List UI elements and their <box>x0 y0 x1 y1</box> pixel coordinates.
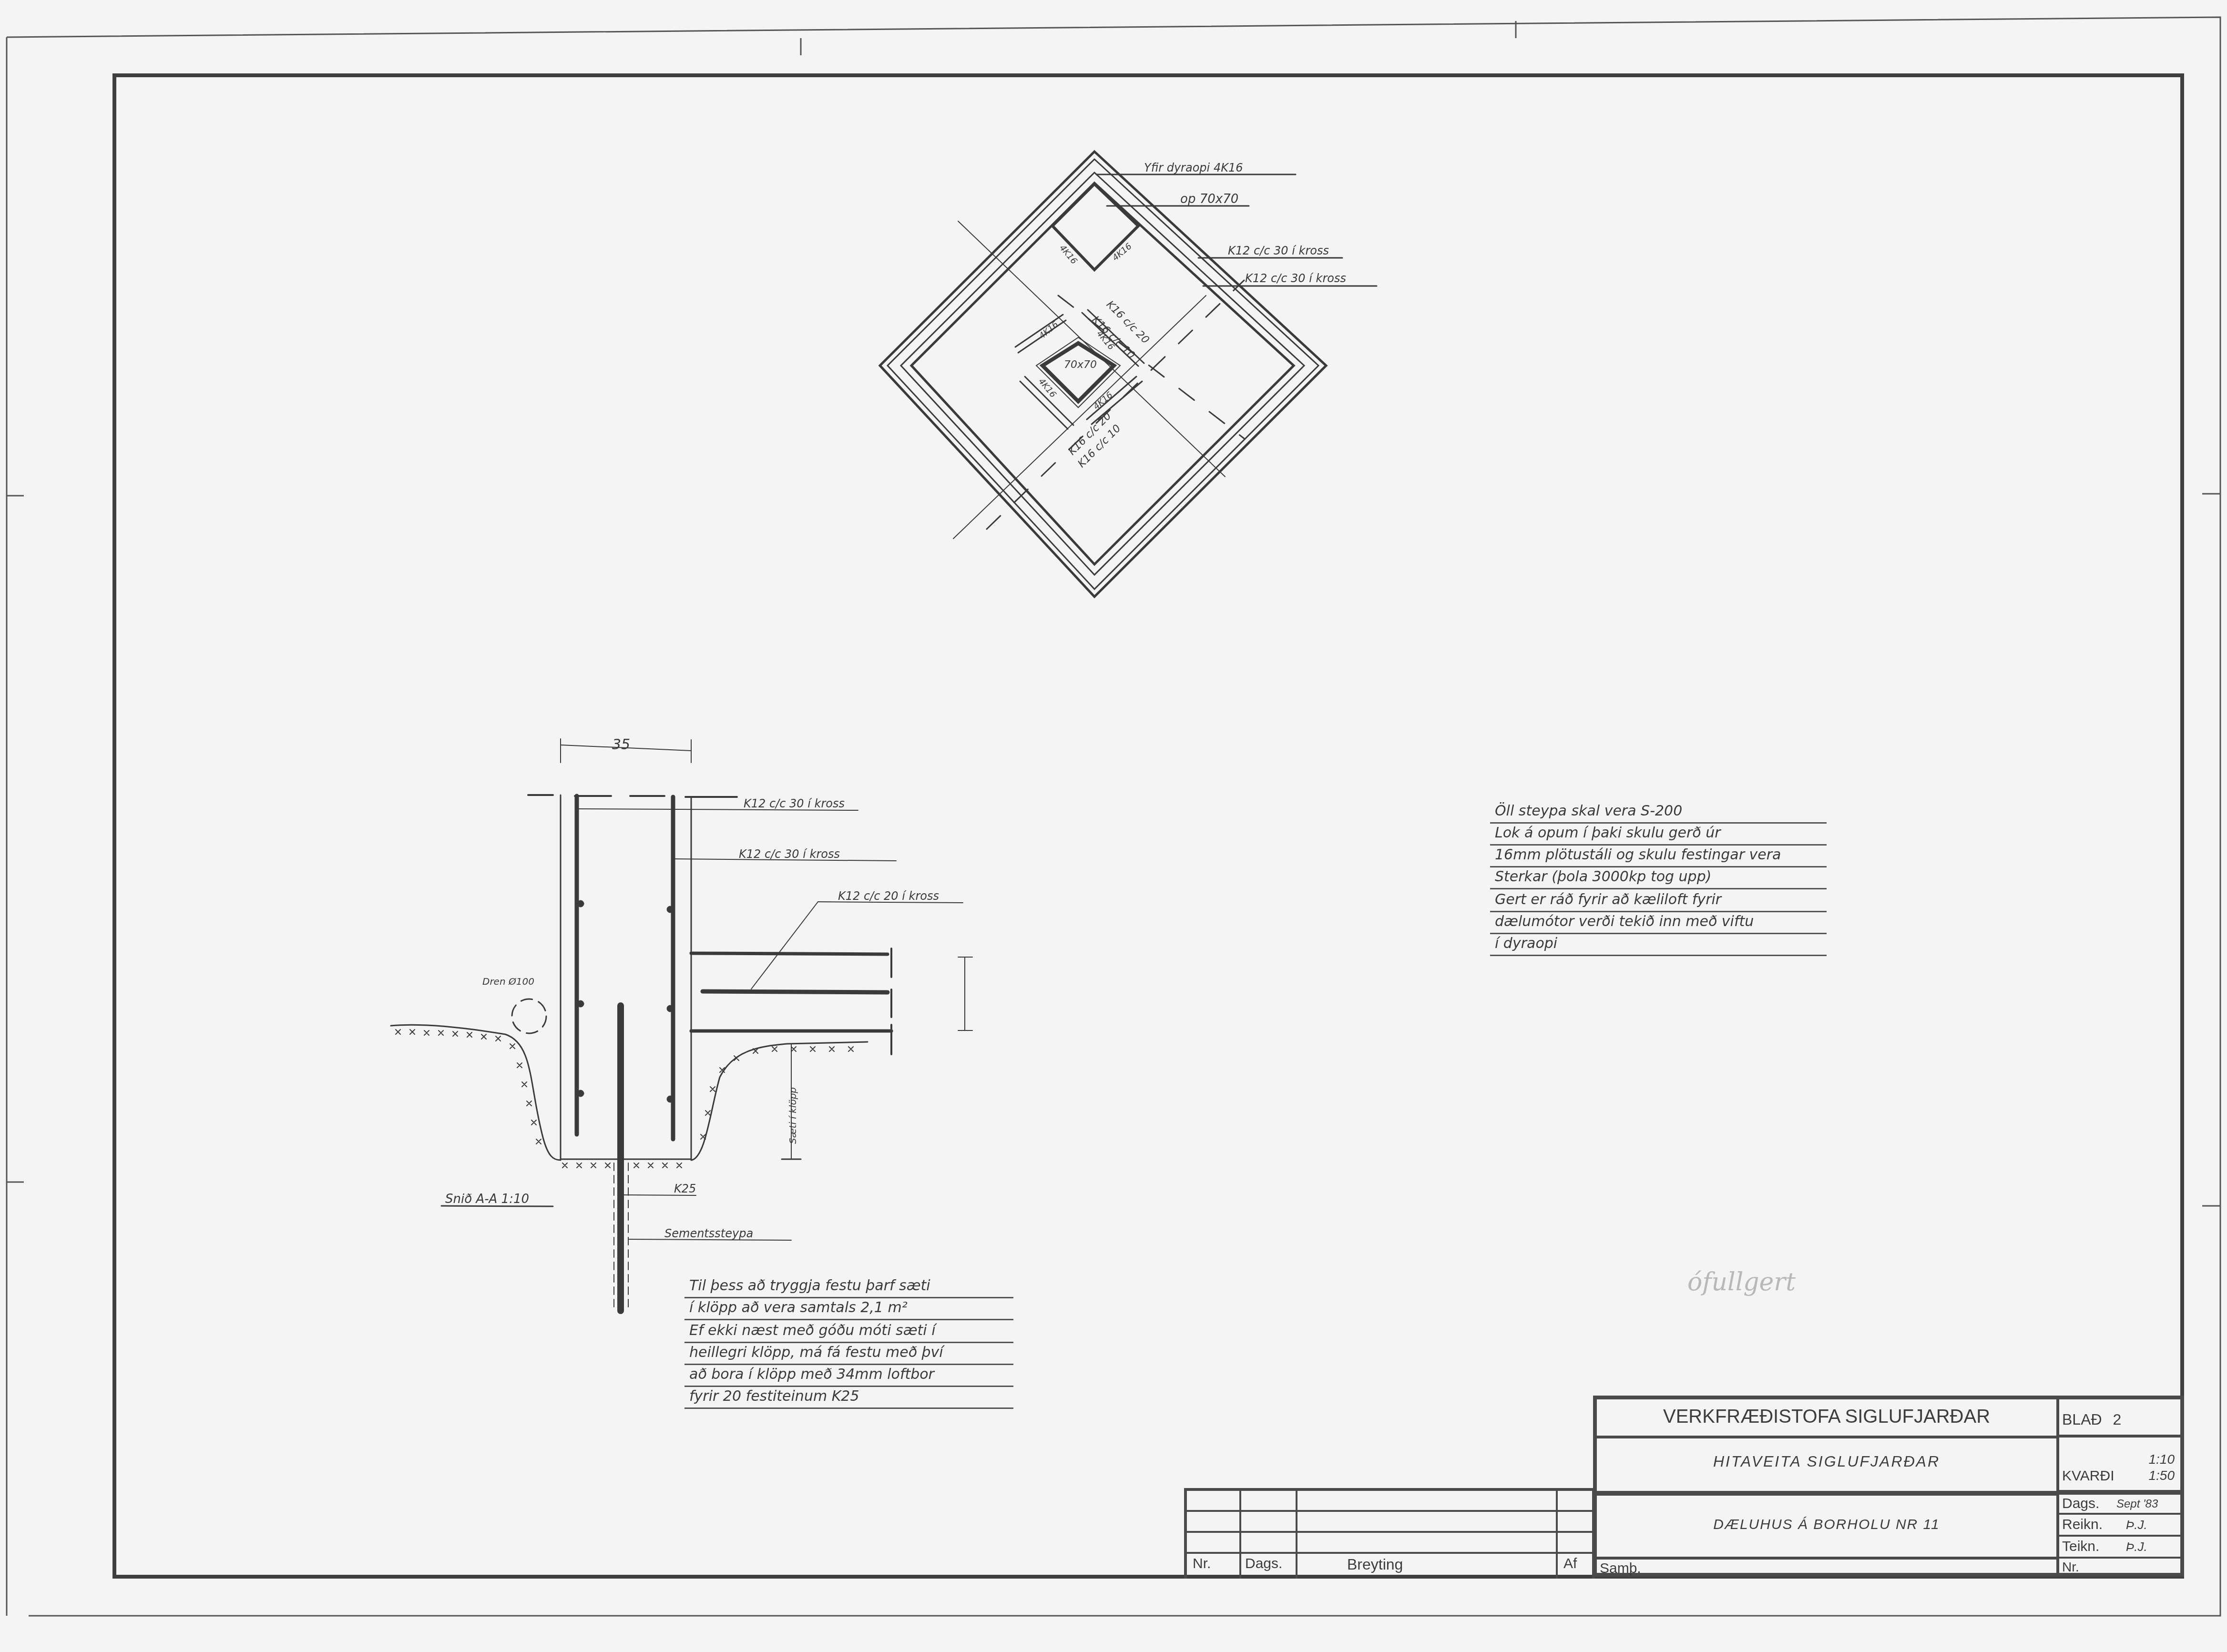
rev-col-dags: Dags. <box>1245 1556 1282 1572</box>
dags-label: Dags. <box>2062 1496 2099 1512</box>
label-k12-top: K12 c/c 30 í kross <box>744 797 845 810</box>
note-left-line: heillegri klöpp, má fá festu með því <box>684 1344 1013 1365</box>
reikn-value: Þ.J. <box>2126 1518 2147 1532</box>
blad-value: 2 <box>2113 1411 2121 1428</box>
label-sementssteypa: Sementssteypa <box>664 1227 753 1240</box>
teikn-label: Teikn. <box>2062 1539 2099 1555</box>
note-right-line: Lok á opum í þaki skulu gerð úr <box>1490 825 1827 846</box>
drawing-title: DÆLUHUS Á BORHOLU NR 11 <box>1597 1517 2056 1533</box>
pencil-annotation: ófullgert <box>1687 1268 1796 1296</box>
company-name: VERKFRÆÐISTOFA SIGLUFJARÐAR <box>1597 1406 2056 1428</box>
label-dren: Dren Ø100 <box>482 976 534 987</box>
note-left-line: að bora í klöpp með 34mm loftbor <box>684 1366 1013 1387</box>
note-right-line: Gert er ráð fyrir að kæliloft fyrir <box>1490 891 1827 912</box>
label-center-opening: 70x70 <box>1064 359 1097 371</box>
blad-field: BLAÐ 2 <box>2062 1411 2121 1428</box>
kvardi-value-2: 1:50 <box>2149 1468 2175 1483</box>
drawing-sheet: Yfir dyraopi 4K16 op 70x70 K12 c/c 30 í … <box>0 0 2227 1652</box>
dags-value: Sept '83 <box>2116 1498 2158 1511</box>
note-left-line: í klöpp að vera samtals 2,1 m² <box>684 1299 1013 1320</box>
section-view <box>391 739 972 1311</box>
label-op-70x70: op 70x70 <box>1180 192 1238 206</box>
title-block: VERKFRÆÐISTOFA SIGLUFJARÐAR HITAVEITA SI… <box>1593 1396 2184 1577</box>
label-yfir-dyraopi: Yfir dyraopi 4K16 <box>1144 161 1243 174</box>
nr-label: Nr. <box>2062 1560 2079 1575</box>
label-4k16-e: 4K16 <box>1057 243 1079 266</box>
note-right-line: 16mm plötustáli og skulu festingar vera <box>1490 846 1827 867</box>
note-right-line: í dyraopi <box>1490 935 1827 956</box>
label-k12-outer: K12 c/c 30 í kross <box>1228 244 1329 257</box>
frame-border <box>114 75 2182 1577</box>
label-k12-inner: K12 c/c 30 í kross <box>1245 272 1346 285</box>
dimension-35: 35 <box>612 736 630 753</box>
reikn-label: Reikn. <box>2062 1517 2103 1533</box>
samp-label: Samþ. <box>1600 1560 1641 1577</box>
teikn-value: Þ.J. <box>2126 1540 2147 1554</box>
label-k12-mid: K12 c/c 30 í kross <box>739 847 840 861</box>
label-saeti: Sæti í klöpp <box>787 1087 798 1144</box>
note-left-line: Til þess að tryggja festu þarf sæti <box>684 1277 1013 1298</box>
rev-col-nr: Nr. <box>1193 1556 1211 1572</box>
plan-view <box>880 152 1377 597</box>
label-4k16-d: 4K16 <box>1092 390 1115 412</box>
label-k12-slab: K12 c/c 20 í kross <box>838 889 939 903</box>
note-left-line: fyrir 20 festiteinum K25 <box>684 1388 1013 1409</box>
label-k25: K25 <box>674 1182 696 1195</box>
project-name: HITAVEITA SIGLUFJARÐAR <box>1597 1453 2056 1470</box>
note-left-line: Ef ekki næst með góðu móti sæti í <box>684 1322 1013 1343</box>
label-4k16-a: 4K16 <box>1037 319 1061 341</box>
note-right-line: dælumótor verði tekið inn með viftu <box>1490 913 1827 934</box>
blad-label: BLAÐ <box>2062 1411 2102 1428</box>
kvardi-label: KVARÐI <box>2062 1468 2114 1484</box>
note-right-line: Öll steypa skal vera S-200 <box>1490 803 1827 824</box>
rev-col-af: Af <box>1563 1556 1577 1572</box>
section-title: Snið A-A 1:10 <box>445 1192 529 1206</box>
section-view-labels: 35 K12 c/c 30 í kross K12 c/c 30 í kross… <box>445 736 939 1240</box>
revision-table: Nr. Dags. Breyting Af <box>1184 1488 1595 1579</box>
rev-col-breyting: Breyting <box>1347 1556 1403 1573</box>
plan-view-labels: Yfir dyraopi 4K16 op 70x70 K12 c/c 30 í … <box>1036 161 1346 470</box>
kvardi-value-1: 1:10 <box>2149 1452 2175 1467</box>
note-right-line: Sterkar (þola 3000kp tog upp) <box>1490 868 1827 889</box>
label-4k16-f: 4K16 <box>1111 241 1134 263</box>
